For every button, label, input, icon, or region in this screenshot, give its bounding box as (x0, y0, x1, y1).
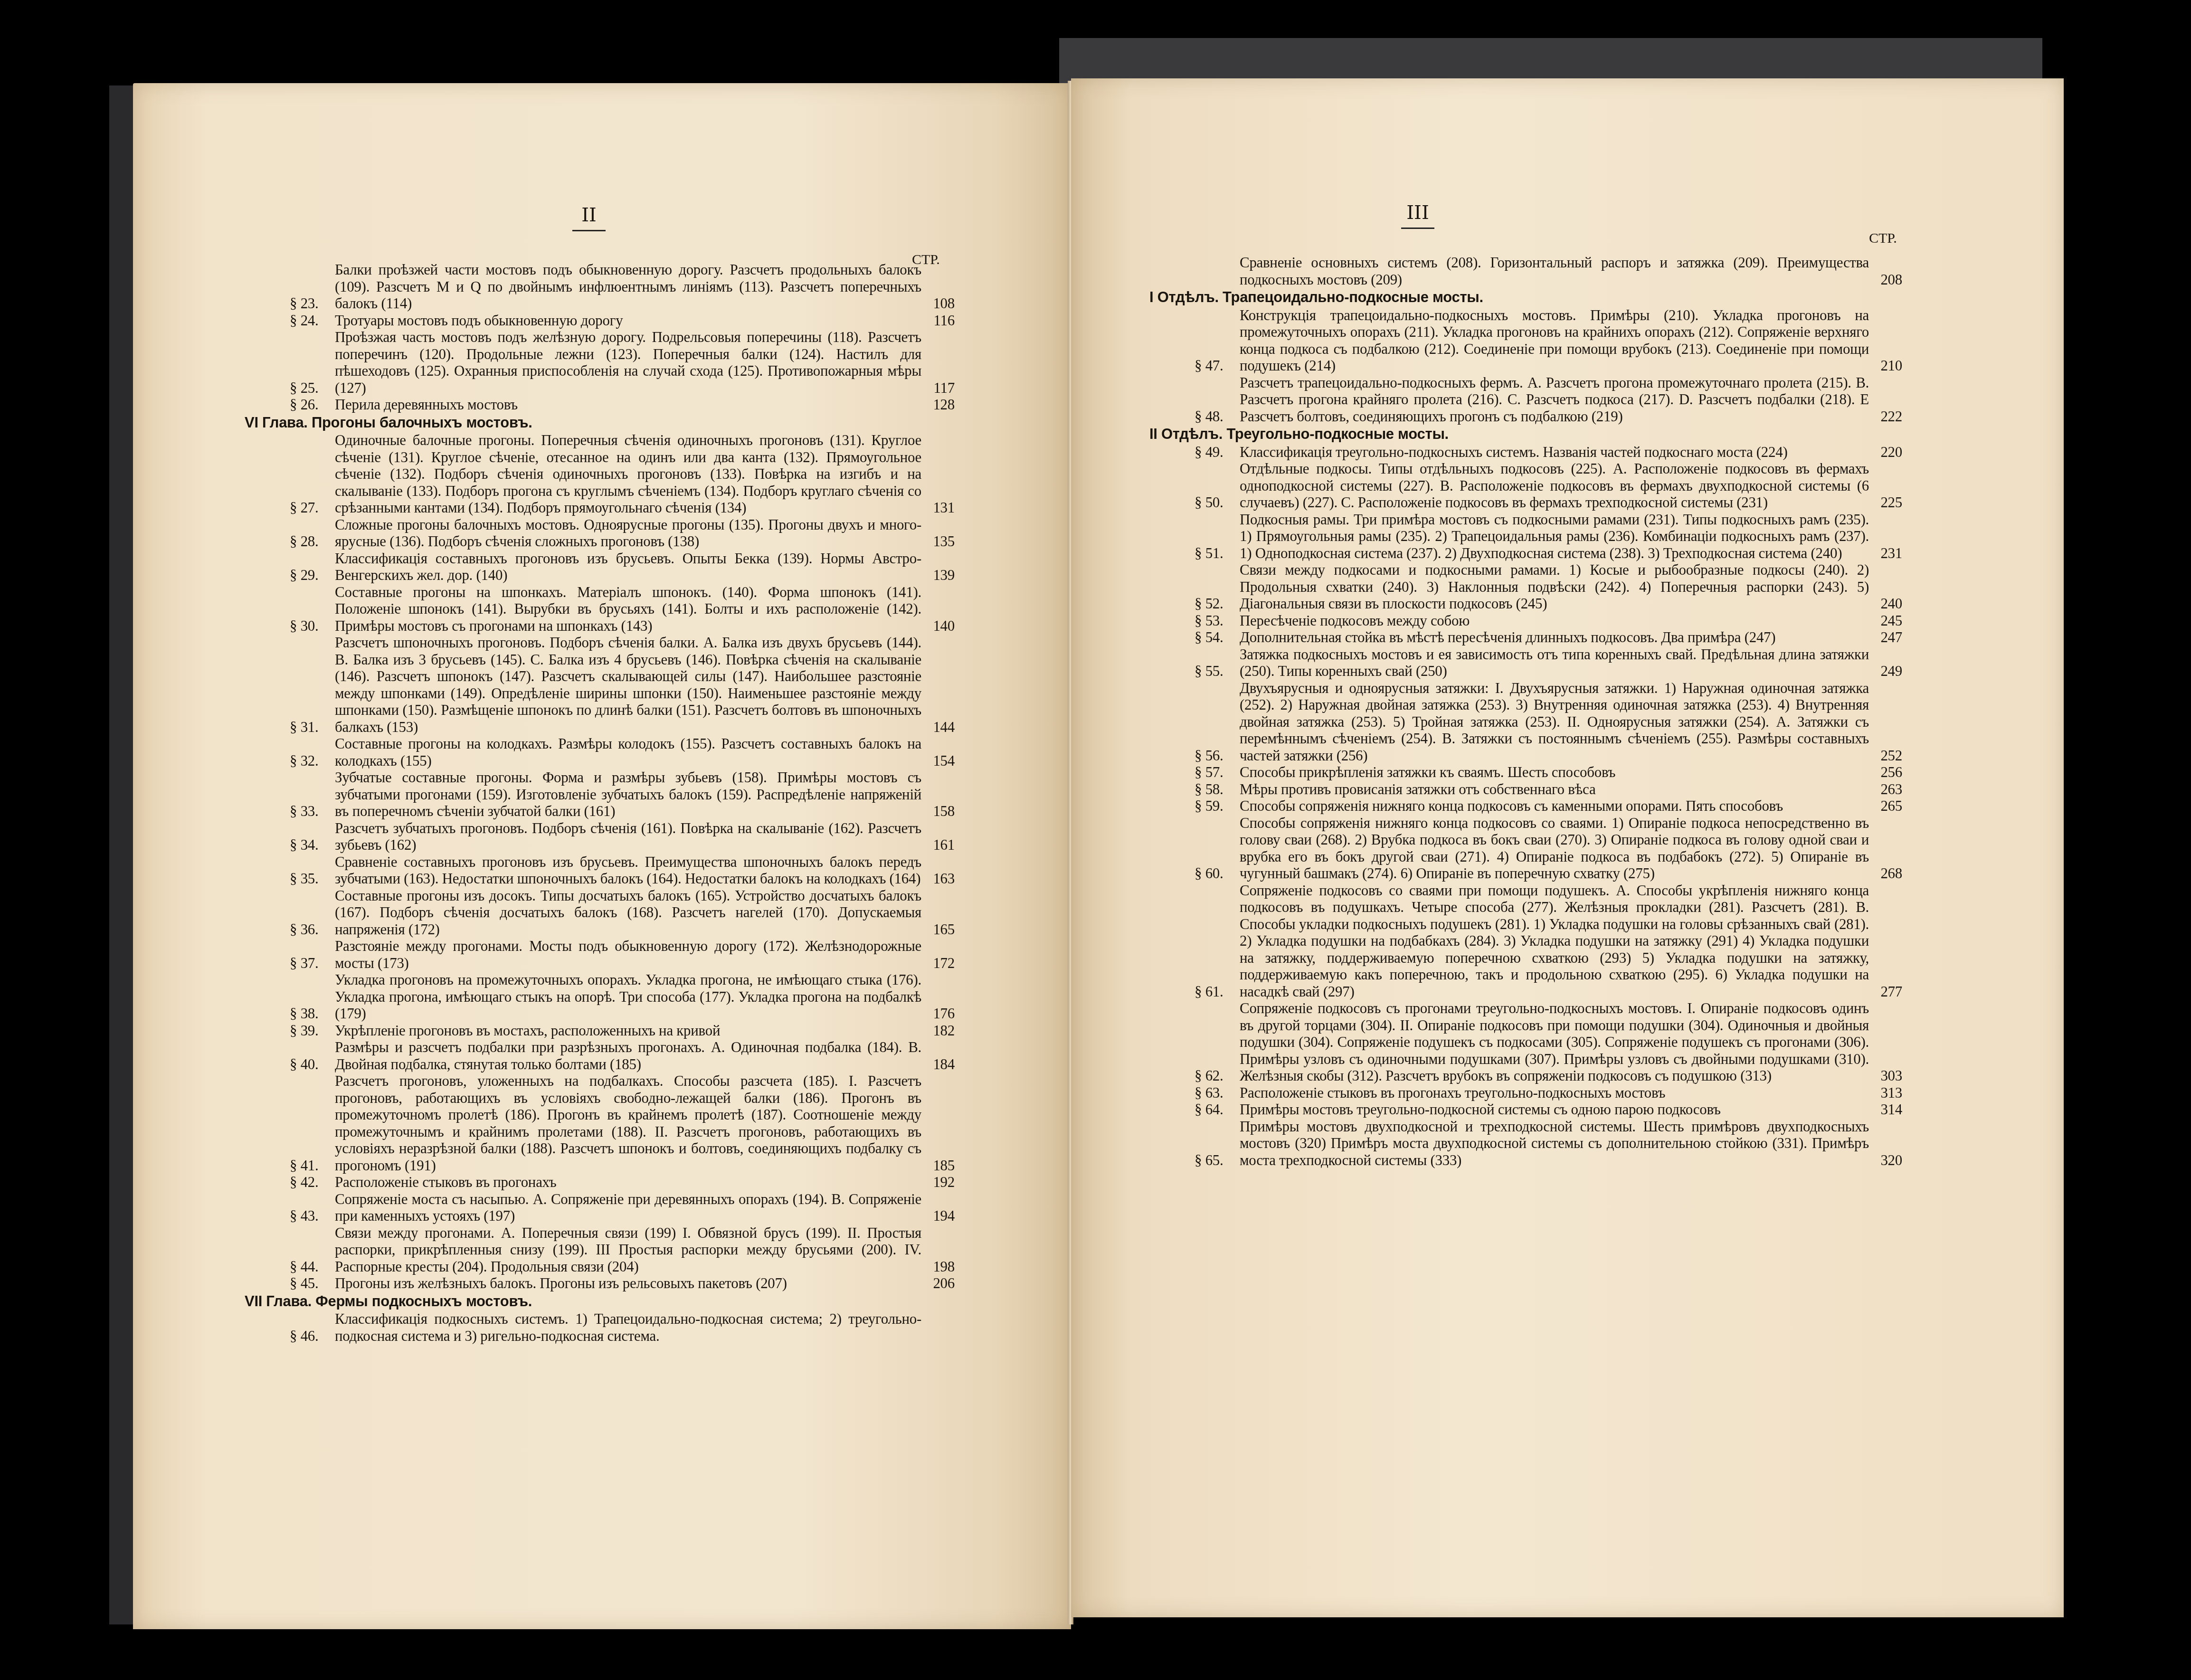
section-title: Конструкція трапецоидально-подкосныхъ мо… (1240, 307, 1869, 374)
section-title: Зубчатые составные прогоны. Форма и разм… (335, 769, 921, 820)
toc-entry: § 42.Расположеніе стыковъ въ прогонахъ19… (290, 1174, 955, 1191)
page-ref: 176 (921, 1005, 955, 1022)
toc-entry: § 56.Двухъярусныя и одноярусныя затяжки:… (1195, 680, 1902, 764)
section-title: Разстояніе между прогонами. Мосты подъ о… (335, 938, 921, 971)
section-title: Размѣры и разсчетъ подбалки при разрѣзны… (335, 1039, 921, 1073)
page-column-header-right: СТР. (1869, 230, 1897, 247)
toc-entry: § 26.Перила деревянныхъ мостовъ128 (290, 396, 955, 413)
section-title: Составные прогоны на шпонкахъ. Матеріалъ… (335, 584, 921, 635)
page-ref: 184 (921, 1056, 955, 1073)
page-ref: 139 (921, 567, 955, 584)
section-number: § 27. (290, 499, 335, 516)
section-title: Разсчетъ трапецоидально-подкосныхъ фермъ… (1240, 374, 1869, 425)
page-ref: 131 (921, 499, 955, 516)
section-number: § 50. (1195, 494, 1240, 511)
section-number: § 61. (1195, 983, 1240, 1000)
section-title: Расположеніе стыковъ въ прогонахъ (335, 1174, 921, 1191)
page-ref: 194 (921, 1207, 955, 1224)
toc-entry: § 32.Составные прогоны на колодкахъ. Раз… (290, 735, 955, 769)
right-page: III СТР. Сравненіе основныхъ системъ (20… (1071, 78, 2064, 1617)
section-number: § 23. (290, 295, 335, 312)
page-ref: 116 (921, 312, 955, 329)
toc-entry: § 58.Мѣры противъ провисанія затяжки отъ… (1195, 781, 1902, 798)
toc-entry: § 27.Одиночные балочные прогоны. Попереч… (290, 432, 955, 516)
section-number: § 57. (1195, 764, 1240, 781)
section-title: Балки проѣзжей части мостовъ подъ обыкно… (335, 261, 921, 312)
page-ref: 185 (921, 1157, 955, 1174)
section-title: Укладка прогоновъ на промежуточныхъ опор… (335, 971, 921, 1022)
toc-entry: § 37.Разстояніе между прогонами. Мосты п… (290, 938, 955, 971)
toc-entry: § 61.Сопряженіе подкосовъ со сваями при … (1195, 882, 1902, 1000)
section-number: § 56. (1195, 747, 1240, 764)
section-number: § 63. (1195, 1084, 1240, 1101)
page-ref: 198 (921, 1258, 955, 1275)
section-number: § 35. (290, 870, 335, 887)
page-ref: 314 (1869, 1101, 1902, 1118)
section-title: Классификація составныхъ прогоновъ изъ б… (335, 550, 921, 584)
section-number: § 49. (1195, 444, 1240, 461)
table-of-contents-right: Сравненіе основныхъ системъ (208). Гориз… (1195, 254, 1902, 1168)
section-number: § 24. (290, 312, 335, 329)
toc-entry: § 46.Классификація подкосныхъ системъ. 1… (290, 1310, 955, 1344)
toc-entry: § 48.Разсчетъ трапецоидально-подкосныхъ … (1195, 374, 1902, 425)
section-title: Тротуары мостовъ подъ обыкновенную дорог… (335, 312, 921, 329)
page-ref: 277 (1869, 983, 1902, 1000)
section-number: § 38. (290, 1005, 335, 1022)
section-title: Составные прогоны на колодкахъ. Размѣры … (335, 735, 921, 769)
page-ref: 144 (921, 719, 955, 736)
section-title: Сопряженіе подкосовъ со сваями при помощ… (1240, 882, 1869, 1000)
toc-entry: § 55.Затяжка подкосныхъ мостовъ и ея зав… (1195, 646, 1902, 680)
page-number-right: III (1394, 202, 1442, 229)
section-title: Сложные прогоны балочныхъ мостовъ. Одноя… (335, 516, 921, 550)
toc-entry: § 35.Сравненіе составныхъ прогоновъ изъ … (290, 854, 955, 887)
section-number: § 25. (290, 380, 335, 397)
page-ref: 158 (921, 803, 955, 820)
section-title: Сравненіе составныхъ прогоновъ изъ брусь… (335, 854, 921, 887)
section-number: § 55. (1195, 663, 1240, 680)
section-number: § 28. (290, 533, 335, 550)
page-number-left: II (565, 204, 613, 231)
chapter-heading: VII Глава. Фермы подкосныхъ мостовъ. (245, 1293, 955, 1310)
toc-entry: § 30.Составные прогоны на шпонкахъ. Мате… (290, 584, 955, 635)
table-of-contents-left: § 23.Балки проѣзжей части мостовъ подъ о… (290, 261, 955, 1344)
left-page: II СТР. § 23.Балки проѣзжей части мостов… (133, 83, 1071, 1629)
toc-entry: § 25.Проѣзжая часть мостовъ подъ желѣзну… (290, 329, 955, 396)
section-number: § 58. (1195, 781, 1240, 798)
section-number: § 47. (1195, 357, 1240, 374)
toc-entry: § 63.Расположеніе стыковъ въ прогонахъ т… (1195, 1084, 1902, 1101)
page-ref: 247 (1869, 629, 1902, 646)
section-number: § 64. (1195, 1101, 1240, 1118)
section-number: § 39. (290, 1022, 335, 1039)
section-title: Сравненіе основныхъ системъ (208). Гориз… (1240, 254, 1869, 288)
section-title: Подкосныя рамы. Три примѣра мостовъ съ п… (1240, 511, 1869, 562)
section-title: Пересѣченіе подкосовъ между собою (1240, 612, 1869, 629)
section-title: Сопряженіе подкосовъ съ прогонами треуго… (1240, 1000, 1869, 1084)
toc-entry: § 51.Подкосныя рамы. Три примѣра мостовъ… (1195, 511, 1902, 562)
section-title: Расположеніе стыковъ въ прогонахъ треуго… (1240, 1084, 1869, 1101)
toc-entry: § 47.Конструкція трапецоидально-подкосны… (1195, 307, 1902, 374)
section-number: § 54. (1195, 629, 1240, 646)
section-title: Способы прикрѣпленія затяжки къ сваямъ. … (1240, 764, 1869, 781)
toc-entry: § 52.Связи между подкосами и подкосными … (1195, 561, 1902, 612)
page-ref: 268 (1869, 865, 1902, 882)
toc-entry: § 64.Примѣры мостовъ треугольно-подкосно… (1195, 1101, 1902, 1118)
section-number: § 41. (290, 1157, 335, 1174)
section-number: § 46. (290, 1328, 335, 1345)
section-title: Разсчетъ прогоновъ, уложенныхъ на подбал… (335, 1073, 921, 1174)
section-number: § 37. (290, 955, 335, 972)
section-title: Прогоны изъ желѣзныхъ балокъ. Прогоны из… (335, 1275, 921, 1292)
toc-entry: § 29.Классификація составныхъ прогоновъ … (290, 550, 955, 584)
section-number: § 29. (290, 567, 335, 584)
section-number: § 62. (1195, 1067, 1240, 1084)
page-ref: 313 (1869, 1084, 1902, 1101)
section-number: § 32. (290, 752, 335, 769)
section-number: § 40. (290, 1056, 335, 1073)
section-title: Проѣзжая часть мостовъ подъ желѣзную дор… (335, 329, 921, 396)
toc-entry: § 60.Способы сопряженія нижняго конца по… (1195, 815, 1902, 882)
section-number: § 45. (290, 1275, 335, 1292)
section-number: § 48. (1195, 408, 1240, 425)
page-ref: 225 (1869, 494, 1902, 511)
section-title: Мѣры противъ провисанія затяжки отъ собс… (1240, 781, 1869, 798)
section-number: § 33. (290, 803, 335, 820)
page-ref: 320 (1869, 1152, 1902, 1169)
page-ref: 128 (921, 396, 955, 413)
section-title: Примѣры мостовъ двухподкосной и трехподк… (1240, 1118, 1869, 1169)
toc-entry: § 57.Способы прикрѣпленія затяжки къ сва… (1195, 764, 1902, 781)
page-ref: 135 (921, 533, 955, 550)
toc-entry: § 39.Укрѣпленіе прогоновъ въ мостахъ, ра… (290, 1022, 955, 1039)
toc-entry: § 24.Тротуары мостовъ подъ обыкновенную … (290, 312, 955, 329)
toc-entry: § 62.Сопряженіе подкосовъ съ прогонами т… (1195, 1000, 1902, 1084)
section-number: § 65. (1195, 1152, 1240, 1169)
page-ref: 265 (1869, 797, 1902, 815)
section-title: Одиночные балочные прогоны. Поперечныя с… (335, 432, 921, 516)
section-title: Отдѣльные подкосы. Типы отдѣльныхъ подко… (1240, 460, 1869, 511)
section-number: § 44. (290, 1258, 335, 1275)
page-ref: 182 (921, 1022, 955, 1039)
section-title: Укрѣпленіе прогоновъ въ мостахъ, располо… (335, 1022, 921, 1039)
section-title: Классификація подкосныхъ системъ. 1) Тра… (335, 1310, 921, 1344)
chapter-heading: II Отдѣлъ. Треугольно-подкосные мосты. (1149, 426, 1902, 443)
toc-entry: § 40.Размѣры и разсчетъ подбалки при раз… (290, 1039, 955, 1073)
page-ref: 220 (1869, 444, 1902, 461)
section-title: Перила деревянныхъ мостовъ (335, 396, 921, 413)
section-number: § 42. (290, 1174, 335, 1191)
section-title: Связи между подкосами и подкосными рамам… (1240, 561, 1869, 612)
toc-entry: § 41.Разсчетъ прогоновъ, уложенныхъ на п… (290, 1073, 955, 1174)
section-title: Разсчетъ зубчатыхъ прогоновъ. Подборъ сѣ… (335, 820, 921, 854)
toc-entry: § 53.Пересѣченіе подкосовъ между собою24… (1195, 612, 1902, 629)
toc-entry: § 59.Способы сопряженія нижняго конца по… (1195, 797, 1902, 815)
page-ref: 206 (921, 1275, 955, 1292)
section-number: § 51. (1195, 545, 1240, 562)
page-ref: 163 (921, 870, 955, 887)
toc-entry: § 49.Классификація треугольно-подкосныхъ… (1195, 444, 1902, 461)
page-ref: 208 (1869, 271, 1902, 288)
toc-entry: § 50.Отдѣльные подкосы. Типы отдѣльныхъ … (1195, 460, 1902, 511)
page-ref: 117 (921, 380, 955, 397)
page-ref: 154 (921, 752, 955, 769)
section-title: Способы сопряженія нижняго конца подкосо… (1240, 797, 1869, 815)
toc-entry: § 36.Составные прогоны изъ досокъ. Типы … (290, 887, 955, 938)
section-title: Классификація треугольно-подкосныхъ сист… (1240, 444, 1869, 461)
page-ref: 165 (921, 921, 955, 938)
section-number: § 43. (290, 1207, 335, 1224)
toc-entry: § 38.Укладка прогоновъ на промежуточныхъ… (290, 971, 955, 1022)
page-ref: 192 (921, 1174, 955, 1191)
section-title: Двухъярусныя и одноярусныя затяжки: I. Д… (1240, 680, 1869, 764)
page-ref: 249 (1869, 663, 1902, 680)
toc-entry: § 54.Дополнительная стойка въ мѣстѣ пере… (1195, 629, 1902, 646)
chapter-heading: I Отдѣлъ. Трапецоидально-подкосные мосты… (1149, 289, 1902, 306)
section-number: § 34. (290, 836, 335, 854)
page-ref: 231 (1869, 545, 1902, 562)
section-title: Составные прогоны изъ досокъ. Типы досча… (335, 887, 921, 938)
page-ref: 240 (1869, 595, 1902, 612)
toc-entry: § 43.Сопряженіе моста съ насыпью. А. Соп… (290, 1191, 955, 1224)
toc-entry: § 45.Прогоны изъ желѣзныхъ балокъ. Прого… (290, 1275, 955, 1292)
section-title: Дополнительная стойка въ мѣстѣ пересѣчен… (1240, 629, 1869, 646)
section-number: § 30. (290, 617, 335, 635)
toc-entry: § 65.Примѣры мостовъ двухподкосной и тре… (1195, 1118, 1902, 1169)
section-title: Примѣры мостовъ треугольно-подкосной сис… (1240, 1101, 1869, 1118)
toc-entry: Сравненіе основныхъ системъ (208). Гориз… (1195, 254, 1902, 288)
section-number: § 26. (290, 396, 335, 413)
toc-entry: § 34.Разсчетъ зубчатыхъ прогоновъ. Подбо… (290, 820, 955, 854)
page-ref: 161 (921, 836, 955, 854)
page-ref: 222 (1869, 408, 1902, 425)
page-ref: 263 (1869, 781, 1902, 798)
page-ref: 256 (1869, 764, 1902, 781)
toc-entry: § 33.Зубчатые составные прогоны. Форма и… (290, 769, 955, 820)
toc-entry: § 31.Разсчетъ шпоночныхъ прогоновъ. Подб… (290, 634, 955, 735)
section-number: § 36. (290, 921, 335, 938)
section-title: Сопряженіе моста съ насыпью. А. Сопряжен… (335, 1191, 921, 1224)
section-number: § 53. (1195, 612, 1240, 629)
page-ref: 140 (921, 617, 955, 635)
section-number: § 59. (1195, 797, 1240, 815)
toc-entry: § 44.Связи между прогонами. А. Поперечны… (290, 1224, 955, 1275)
section-number: § 31. (290, 719, 335, 736)
chapter-heading: VI Глава. Прогоны балочныхъ мостовъ. (245, 414, 955, 431)
toc-entry: § 28.Сложные прогоны балочныхъ мостовъ. … (290, 516, 955, 550)
section-title: Затяжка подкосныхъ мостовъ и ея зависимо… (1240, 646, 1869, 680)
page-ref: 108 (921, 295, 955, 312)
page-ref: 252 (1869, 747, 1902, 764)
section-title: Связи между прогонами. А. Поперечныя свя… (335, 1224, 921, 1275)
page-ref: 172 (921, 955, 955, 972)
toc-entry: § 23.Балки проѣзжей части мостовъ подъ о… (290, 261, 955, 312)
section-title: Разсчетъ шпоночныхъ прогоновъ. Подборъ с… (335, 634, 921, 735)
page-ref: 245 (1869, 612, 1902, 629)
page-ref: 303 (1869, 1067, 1902, 1084)
section-title: Способы сопряженія нижняго конца подкосо… (1240, 815, 1869, 882)
page-ref: 210 (1869, 357, 1902, 374)
section-number: § 60. (1195, 865, 1240, 882)
section-number: § 52. (1195, 595, 1240, 612)
